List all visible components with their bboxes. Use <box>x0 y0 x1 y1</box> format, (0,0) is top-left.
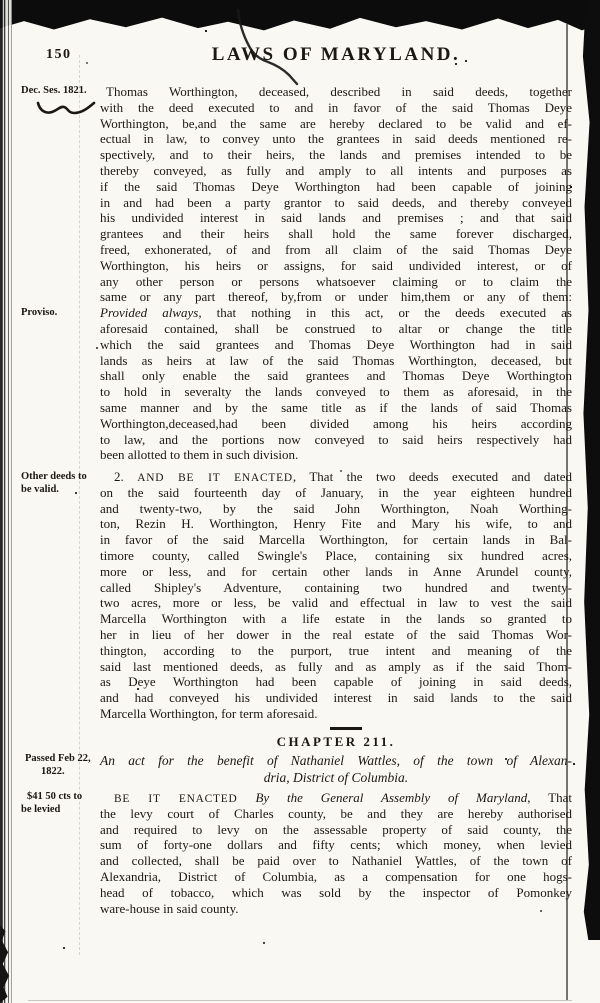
text-line: Marcella Worthington, for term aforesaid… <box>100 706 572 722</box>
text-line: and required to levy on the assessable p… <box>100 822 572 838</box>
margin-note-line: 1822. <box>21 765 99 778</box>
margin-note-line: $41 50 cts to <box>21 790 99 803</box>
margin-note-proviso: Proviso. <box>21 306 99 319</box>
scan-bottom-edge-line <box>28 1000 572 1001</box>
text-line: more or less, and for certain other land… <box>100 564 572 580</box>
text-line: 2. AND BE IT ENACTED, That the two deeds… <box>100 469 572 485</box>
text-line: BE IT ENACTED By the General Assembly of… <box>100 790 572 806</box>
text-line: been allotted to them in such division. <box>100 447 572 463</box>
margin-note-session-date: Dec. Ses. 1821. <box>21 84 99 97</box>
text-line: as Deye Worthington had been capable of … <box>100 674 572 690</box>
text-line: Worthington,deceased,had been divided am… <box>100 416 572 432</box>
text-line: called Shipley's Adventure, containing t… <box>100 580 572 596</box>
text-line: Worthington, his heirs or assigns, for s… <box>100 258 572 274</box>
margin-fold-line <box>79 55 80 955</box>
margin-note-line: Passed Feb 22, <box>21 752 99 765</box>
brace-flourish-icon <box>36 100 96 117</box>
act-title-line: An act for the benefit of Nathaniel Watt… <box>100 753 572 770</box>
text-line: ware-house in said county. <box>100 901 572 917</box>
text-line: same manner and by the same title as if … <box>100 400 572 416</box>
text-line: the levy court of Charles county, be and… <box>100 806 572 822</box>
text-line: thington, according to the purport, true… <box>100 643 572 659</box>
text-line: if the said Thomas Deye Worthington had … <box>100 179 572 195</box>
text-line: Worthington, be,and the same are hereby … <box>100 116 572 132</box>
text-line: shall only enable the said grantees and … <box>100 368 572 384</box>
text-line: thereby conveyed, as fully and amply to … <box>100 163 572 179</box>
section-divider <box>330 727 362 730</box>
text-line: to law, and the portions now conveyed to… <box>100 432 572 448</box>
page-number: 150 <box>46 47 72 63</box>
paragraph-section-2: 2. AND BE IT ENACTED, That the two deeds… <box>100 469 572 722</box>
text-line: Thomas Worthington, deceased, described … <box>100 84 572 100</box>
margin-note-line: Other deeds to <box>21 470 99 483</box>
text-line: her in lieu of her dower in the real est… <box>100 627 572 643</box>
margin-note-line: Proviso. <box>21 306 99 319</box>
text-line: Alexandria, District of Columbia, as a c… <box>100 869 572 885</box>
text-line: Marcella Worthington with a life estate … <box>100 611 572 627</box>
text-line: Provided always, that nothing in this ac… <box>100 305 572 321</box>
text-line: with the deed executed to and in favor o… <box>100 100 572 116</box>
paragraph-deeds-validity: Thomas Worthington, deceased, described … <box>100 84 572 463</box>
text-line: in and had been a party grantor to said … <box>100 195 572 211</box>
text-line: on the said fourteenth day of January, i… <box>100 485 572 501</box>
text-line: and twenty-two, by the said John Worthin… <box>100 501 572 517</box>
act-title: An act for the benefit of Nathaniel Watt… <box>100 753 572 786</box>
text-line: same or any part thereof, by,from or und… <box>100 289 572 305</box>
scanned-book-page: 150 LAWS OF MARYLAND. Dec. Ses. 1821. Pr… <box>0 0 600 1003</box>
text-line: lands as heirs at law of the said Thomas… <box>100 353 572 369</box>
text-line: two acres, more or less, be valid and ef… <box>100 595 572 611</box>
text-line: and collected, shall be paid over to Nat… <box>100 853 572 869</box>
margin-note-other-deeds: Other deeds tobe valid. <box>21 470 99 496</box>
text-line: and had conveyed his undivided interest … <box>100 690 572 706</box>
text-line: which the said grantees and Thomas Deye … <box>100 337 572 353</box>
text-line: to hold in severalty the lands conveyed … <box>100 384 572 400</box>
text-line: ton, Rezin H. Worthington, Henry Fite an… <box>100 516 572 532</box>
text-line: timore county, called Swingle's Place, c… <box>100 548 572 564</box>
act-title-line: dria, District of Columbia. <box>100 770 572 787</box>
text-line: sum of forty-one dollars and fifty cents… <box>100 837 572 853</box>
margin-note-line: be levied <box>21 803 99 816</box>
scan-right-band <box>582 0 600 940</box>
margin-note-line: be valid. <box>21 483 99 496</box>
text-line: said last mentioned deeds, as fully and … <box>100 659 572 675</box>
text-line: in favor of the said Marcella Worthingto… <box>100 532 572 548</box>
scan-speckles <box>0 0 2 2</box>
text-line: grantees and their heirs shall hold the … <box>100 226 572 242</box>
margin-note-line: Dec. Ses. 1821. <box>21 84 99 97</box>
margin-note-passed-date: Passed Feb 22,1822. <box>21 752 99 778</box>
page-header-title: LAWS OF MARYLAND. <box>100 44 572 66</box>
text-line: ectual in law, to convey unto the grante… <box>100 131 572 147</box>
text-line: aforesaid contained, shall be construed … <box>100 321 572 337</box>
margin-note-levy-amount: $41 50 cts tobe levied <box>21 790 99 816</box>
text-line: his undivided interest in said lands and… <box>100 210 572 226</box>
scan-left-binding-edge <box>0 0 15 1003</box>
text-line: head of tobacco, which was sold by the i… <box>100 885 572 901</box>
chapter-heading: CHAPTER 211. <box>100 734 572 750</box>
text-line: freed, exhonerated, of and from all clai… <box>100 242 572 258</box>
text-line: spectively, and to their heirs, the land… <box>100 147 572 163</box>
paragraph-chapter-211: BE IT ENACTED By the General Assembly of… <box>100 790 572 916</box>
text-line: any other person or persons whatsoever c… <box>100 274 572 290</box>
